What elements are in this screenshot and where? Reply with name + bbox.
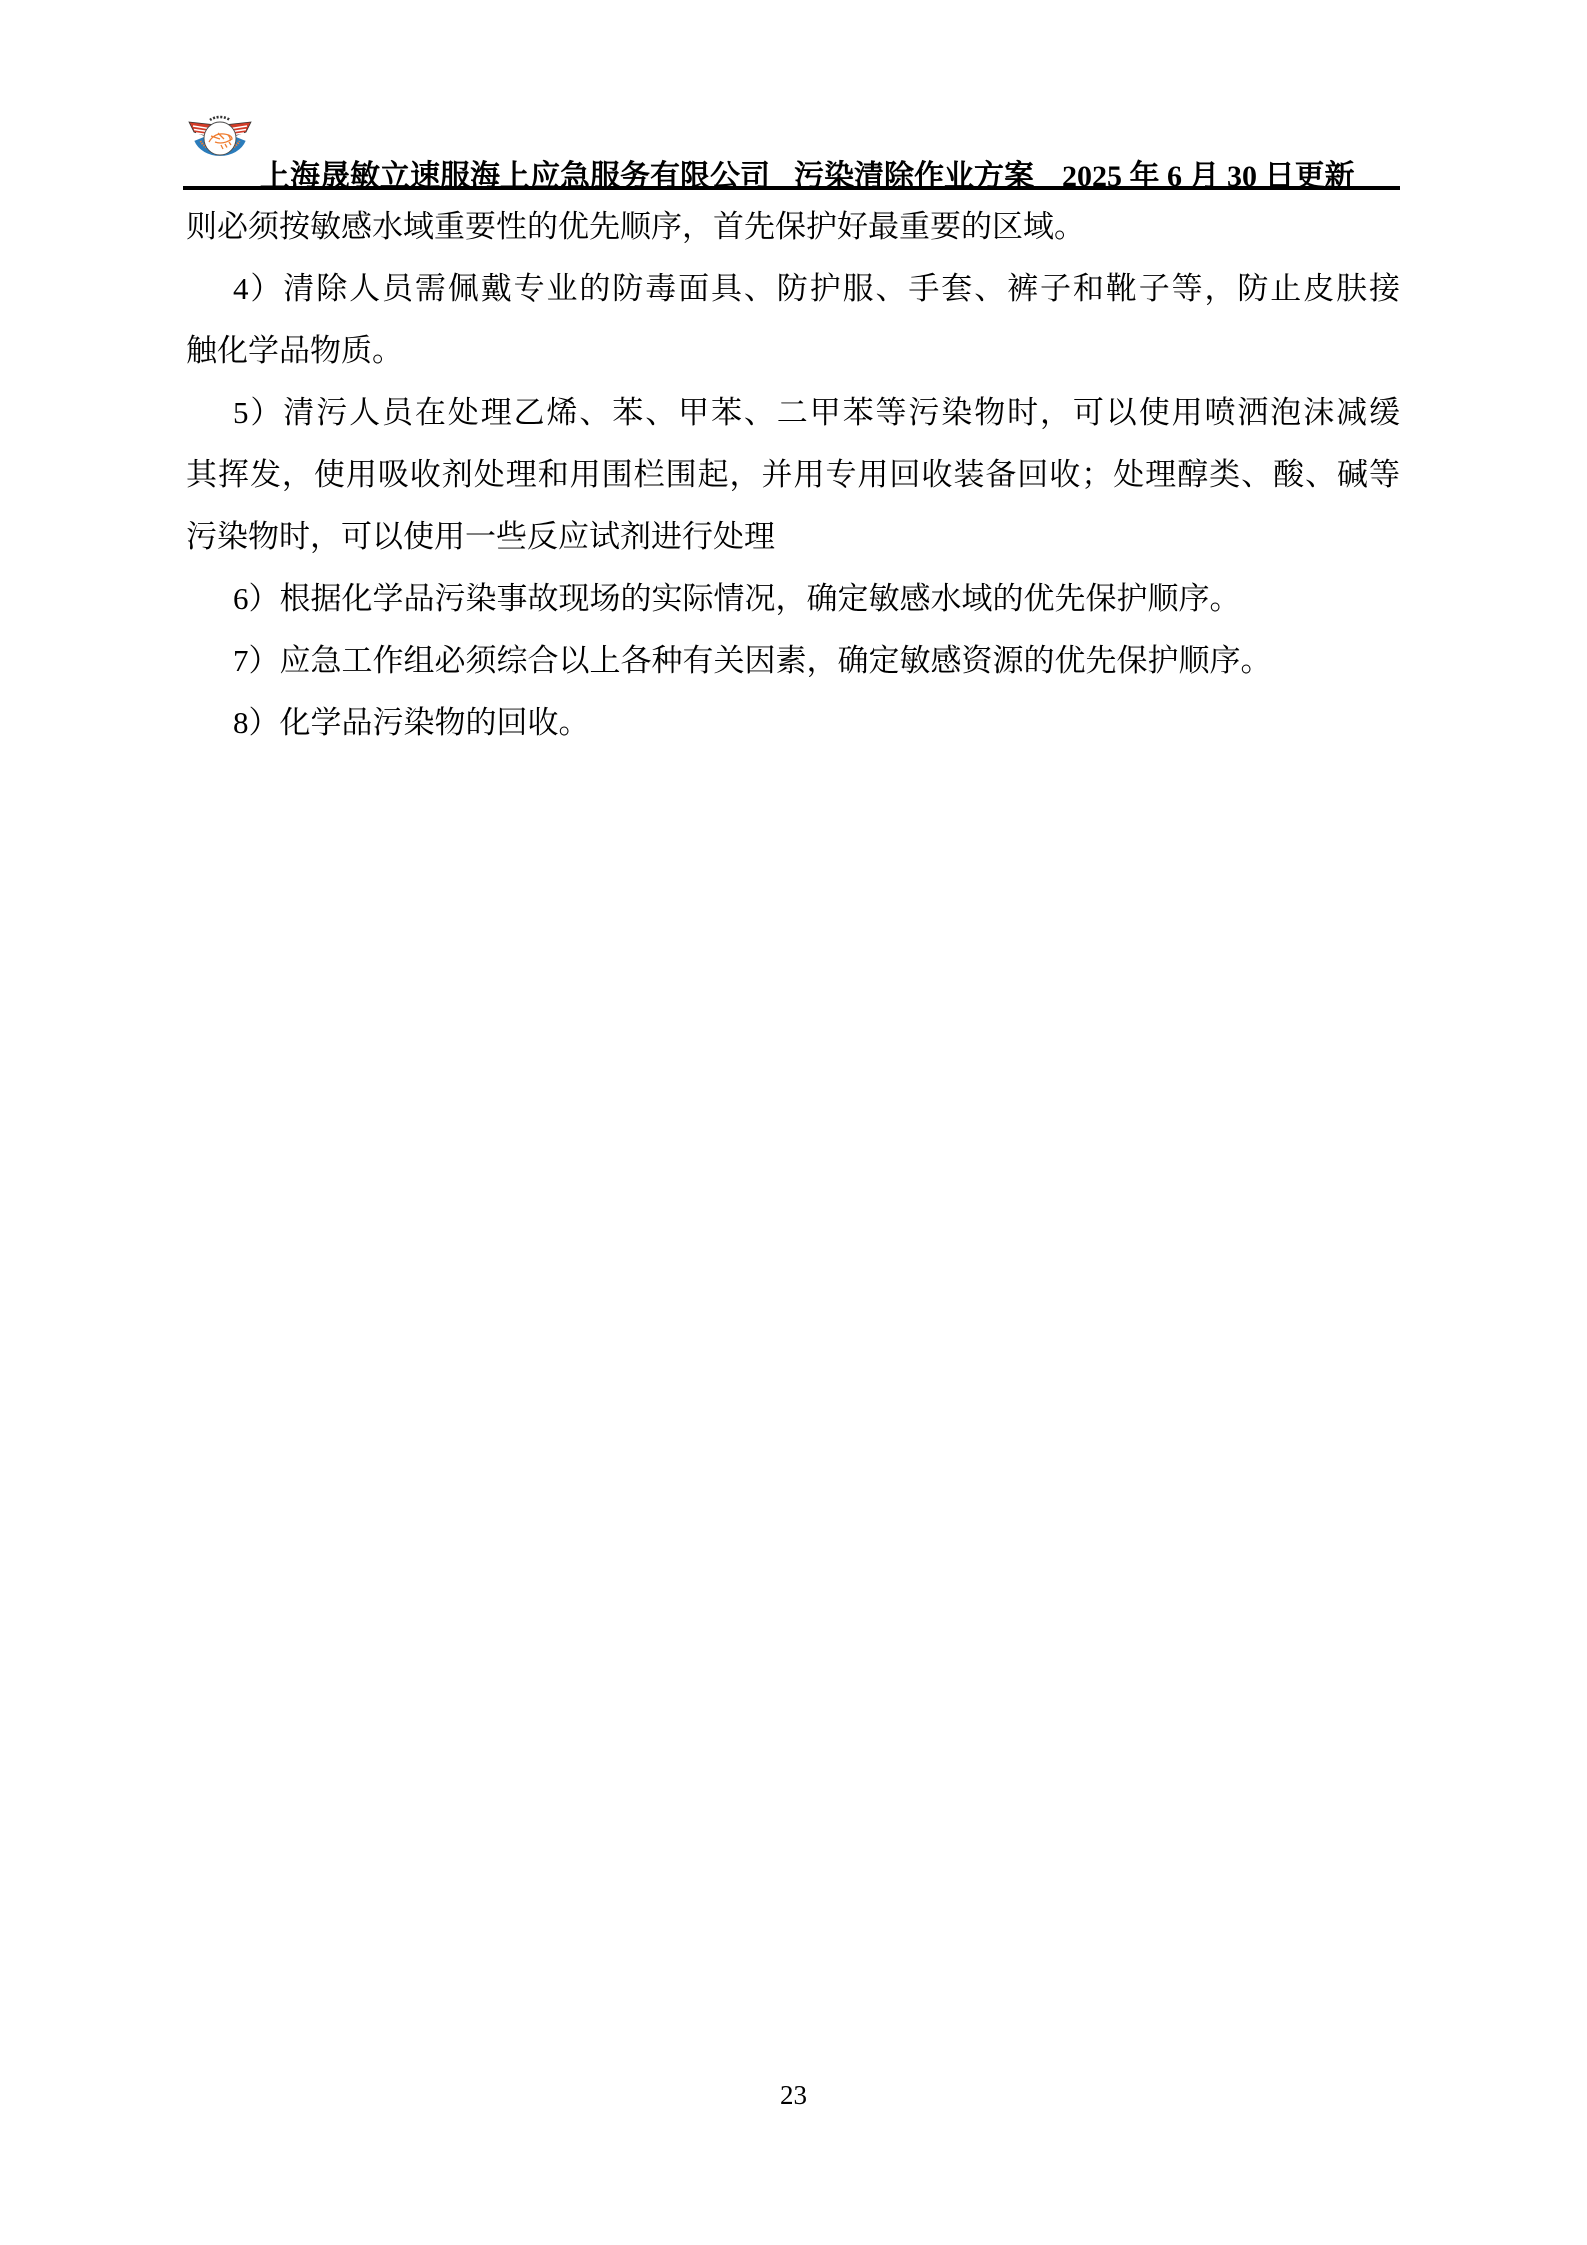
header-divider: [183, 186, 1400, 190]
text-line: 4）清除人员需佩戴专业的防毒面具、防护服、手套、裤子和靴子等，防止皮肤接: [186, 258, 1400, 320]
document-page: 上海晟敏立速服海上应急服务有限公司 污染清除作业方案 2025 年 6 月 30…: [0, 0, 1587, 2245]
text-line: 污染物时，可以使用一些反应试剂进行处理: [186, 506, 1400, 568]
text-line: 5）清污人员在处理乙烯、苯、甲苯、二甲苯等污染物时，可以使用喷洒泡沫减缓: [186, 382, 1400, 444]
logo-emblem-icon: [204, 122, 236, 155]
company-logo: [188, 111, 252, 169]
text-line: 触化学品物质。: [186, 320, 1400, 382]
text-line: 8）化学品污染物的回收。: [186, 692, 1400, 754]
logo-top-arc-text: [210, 117, 230, 120]
text-line: 7）应急工作组必须综合以上各种有关因素，确定敏感资源的优先保护顺序。: [186, 630, 1400, 692]
text-line: 其挥发，使用吸收剂处理和用围栏围起，并用专用回收装备回收；处理醇类、酸、碱等: [186, 444, 1400, 506]
text-line: 则必须按敏感水域重要性的优先顺序，首先保护好最重要的区域。: [186, 196, 1400, 258]
page-number: 23: [0, 2080, 1587, 2111]
text-line: 6）根据化学品污染事故现场的实际情况，确定敏感水域的优先保护顺序。: [186, 568, 1400, 630]
body-text: 则必须按敏感水域重要性的优先顺序，首先保护好最重要的区域。 4）清除人员需佩戴专…: [186, 196, 1400, 754]
logo-graphic: [188, 111, 252, 169]
